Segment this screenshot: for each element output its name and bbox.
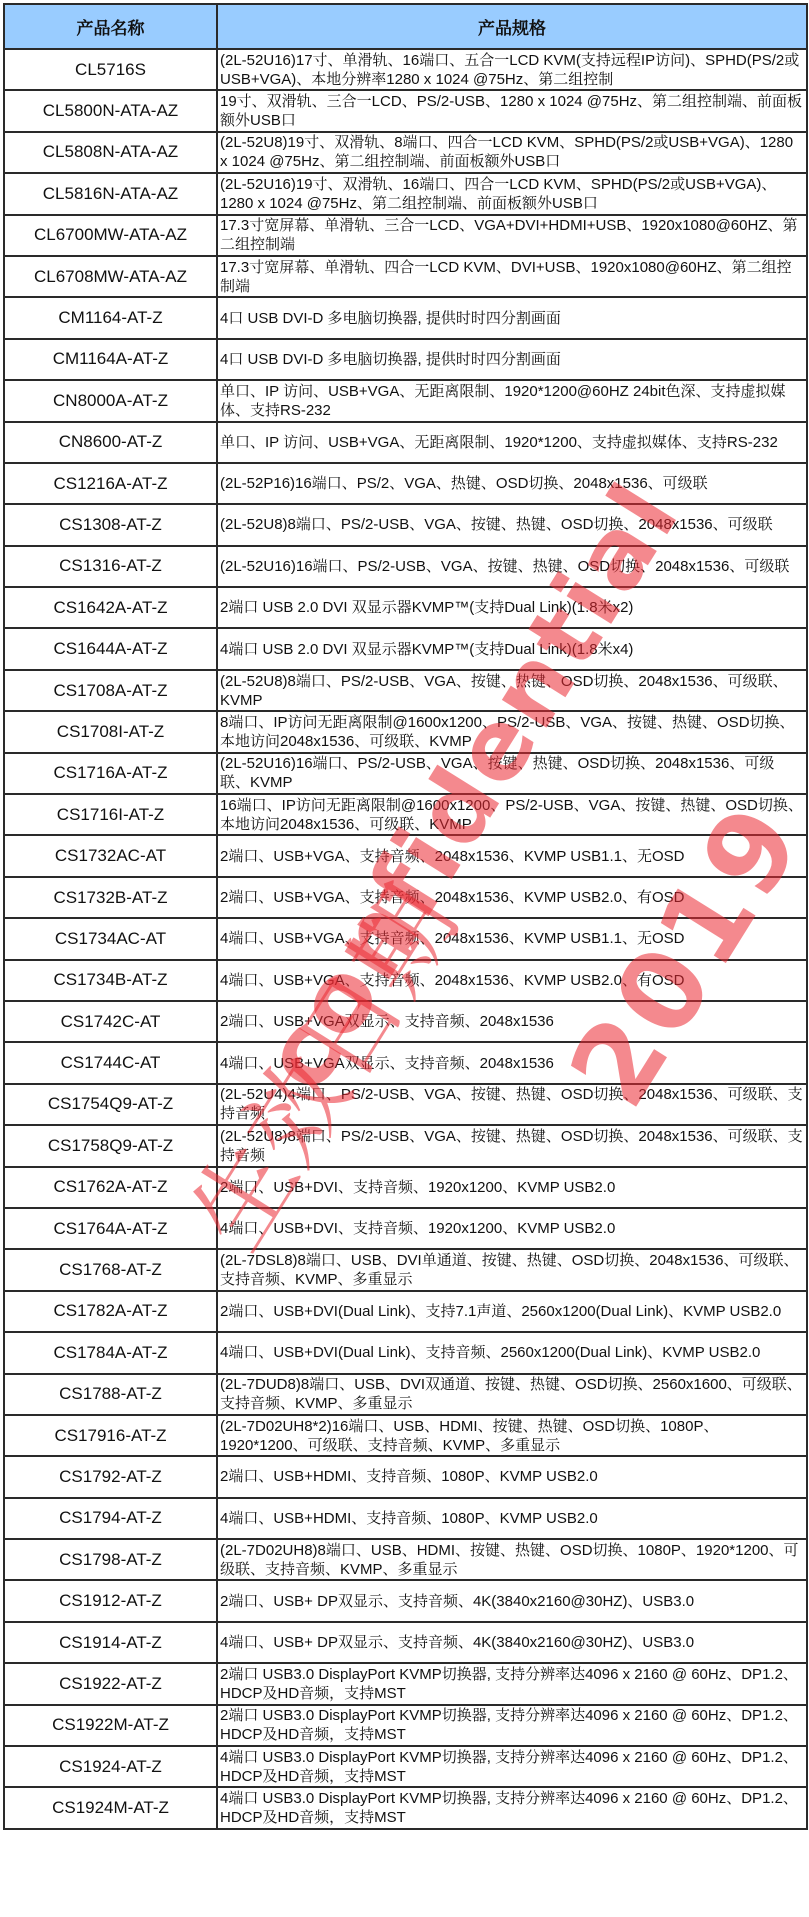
product-name-cell: CS1642A-AT-Z: [4, 587, 217, 628]
product-spec-cell: 4口 USB DVI-D 多电脑切换器, 提供时时四分割画面: [217, 297, 807, 338]
product-name-cell: CL6700MW-ATA-AZ: [4, 215, 217, 256]
table-row: CS1216A-AT-Z(2L-52P16)16端口、PS/2、VGA、热键、O…: [4, 463, 807, 504]
product-name-cell: CS1732AC-AT: [4, 835, 217, 876]
product-spec-cell: (2L-52U8)8端口、PS/2-USB、VGA、按键、热键、OSD切换、20…: [217, 504, 807, 545]
product-name-cell: CL5816N-ATA-AZ: [4, 173, 217, 214]
product-name-cell: CS1784A-AT-Z: [4, 1332, 217, 1373]
product-spec-table: 产品名称 产品规格 CL5716S(2L-52U16)17寸、单滑轨、16端口、…: [3, 3, 808, 1830]
table-row: CS1924-AT-Z4端口 USB3.0 DisplayPort KVMP切换…: [4, 1746, 807, 1787]
table-row: CS1732AC-AT2端口、USB+VGA、支持音频、2048x1536、KV…: [4, 835, 807, 876]
product-spec-cell: (2L-52U8)8端口、PS/2-USB、VGA、按键、热键、OSD切换、20…: [217, 670, 807, 711]
table-row: CS1912-AT-Z2端口、USB+ DP双显示、支持音频、4K(3840x2…: [4, 1580, 807, 1621]
product-spec-cell: 19寸、双滑轨、三合一LCD、PS/2-USB、1280 x 1024 @75H…: [217, 90, 807, 131]
product-spec-cell: 单口、IP 访问、USB+VGA、无距离限制、1920*1200@60HZ 24…: [217, 380, 807, 421]
product-spec-cell: 8端口、IP访问无距离限制@1600x1200、PS/2-USB、VGA、按键、…: [217, 711, 807, 752]
product-name-cell: CL5716S: [4, 49, 217, 90]
product-name-cell: CS1912-AT-Z: [4, 1580, 217, 1621]
product-name-cell: CS1708I-AT-Z: [4, 711, 217, 752]
table-row: CM1164-AT-Z4口 USB DVI-D 多电脑切换器, 提供时时四分割画…: [4, 297, 807, 338]
table-row: CS1754Q9-AT-Z(2L-52U4)4端口、PS/2-USB、VGA、按…: [4, 1084, 807, 1125]
product-name-cell: CS1758Q9-AT-Z: [4, 1125, 217, 1166]
table-row: CL5716S(2L-52U16)17寸、单滑轨、16端口、五合一LCD KVM…: [4, 49, 807, 90]
product-spec-cell: 2端口、USB+VGA、支持音频、2048x1536、KVMP USB2.0、有…: [217, 877, 807, 918]
table-row: CL5808N-ATA-AZ(2L-52U8)19寸、双滑轨、8端口、四合一LC…: [4, 132, 807, 173]
product-name-cell: CS1316-AT-Z: [4, 546, 217, 587]
table-row: CS1924M-AT-Z4端口 USB3.0 DisplayPort KVMP切…: [4, 1787, 807, 1828]
table-row: CS1708I-AT-Z8端口、IP访问无距离限制@1600x1200、PS/2…: [4, 711, 807, 752]
product-spec-cell: (2L-7D02UH8*2)16端口、USB、HDMI、按键、热键、OSD切换、…: [217, 1415, 807, 1456]
product-spec-cell: 4端口、USB+VGA双显示、支持音频、2048x1536: [217, 1042, 807, 1083]
product-spec-cell: (2L-52U16)17寸、单滑轨、16端口、五合一LCD KVM(支持远程IP…: [217, 49, 807, 90]
table-row: CS1708A-AT-Z(2L-52U8)8端口、PS/2-USB、VGA、按键…: [4, 670, 807, 711]
product-name-cell: CS1764A-AT-Z: [4, 1208, 217, 1249]
table-row: CN8000A-AT-Z单口、IP 访问、USB+VGA、无距离限制、1920*…: [4, 380, 807, 421]
column-header-product-name: 产品名称: [4, 4, 217, 49]
product-spec-cell: 2端口、USB+DVI、支持音频、1920x1200、KVMP USB2.0: [217, 1167, 807, 1208]
table-row: CS1768-AT-Z(2L-7DSL8)8端口、USB、DVI单通道、按键、热…: [4, 1249, 807, 1290]
table-row: CS1644A-AT-Z4端口 USB 2.0 DVI 双显示器KVMP™(支持…: [4, 628, 807, 669]
table-row: CS1922-AT-Z2端口 USB3.0 DisplayPort KVMP切换…: [4, 1663, 807, 1704]
product-spec-cell: 4端口、USB+DVI(Dual Link)、支持音频、2560x1200(Du…: [217, 1332, 807, 1373]
product-spec-cell: 16端口、IP访问无距离限制@1600x1200、PS/2-USB、VGA、按键…: [217, 794, 807, 835]
product-spec-cell: 2端口 USB 2.0 DVI 双显示器KVMP™(支持Dual Link)(1…: [217, 587, 807, 628]
product-spec-cell: 2端口、USB+VGA双显示、支持音频、2048x1536: [217, 1001, 807, 1042]
product-spec-cell: (2L-52U8)8端口、PS/2-USB、VGA、按键、热键、OSD切换、20…: [217, 1125, 807, 1166]
product-name-cell: CS1762A-AT-Z: [4, 1167, 217, 1208]
product-spec-cell: 4端口 USB 2.0 DVI 双显示器KVMP™(支持Dual Link)(1…: [217, 628, 807, 669]
table-row: CS1914-AT-Z4端口、USB+ DP双显示、支持音频、4K(3840x2…: [4, 1622, 807, 1663]
table-row: CS1782A-AT-Z2端口、USB+DVI(Dual Link)、支持7.1…: [4, 1291, 807, 1332]
product-name-cell: CL5800N-ATA-AZ: [4, 90, 217, 131]
product-name-cell: CS1734B-AT-Z: [4, 960, 217, 1001]
product-spec-cell: 2端口 USB3.0 DisplayPort KVMP切换器, 支持分辨率达40…: [217, 1663, 807, 1704]
table-row: CS1716A-AT-Z(2L-52U16)16端口、PS/2-USB、VGA、…: [4, 753, 807, 794]
table-row: CS1734B-AT-Z4端口、USB+VGA、支持音频、2048x1536、K…: [4, 960, 807, 1001]
product-spec-cell: 2端口、USB+ DP双显示、支持音频、4K(3840x2160@30HZ)、U…: [217, 1580, 807, 1621]
table-row: CS1922M-AT-Z2端口 USB3.0 DisplayPort KVMP切…: [4, 1705, 807, 1746]
table-row: CS1308-AT-Z(2L-52U8)8端口、PS/2-USB、VGA、按键、…: [4, 504, 807, 545]
product-spec-cell: 4端口、USB+HDMI、支持音频、1080P、KVMP USB2.0: [217, 1498, 807, 1539]
product-name-cell: CS1922M-AT-Z: [4, 1705, 217, 1746]
product-spec-cell: 2端口、USB+HDMI、支持音频、1080P、KVMP USB2.0: [217, 1456, 807, 1497]
table-row: CS1716I-AT-Z16端口、IP访问无距离限制@1600x1200、PS/…: [4, 794, 807, 835]
table-row: CS1762A-AT-Z2端口、USB+DVI、支持音频、1920x1200、K…: [4, 1167, 807, 1208]
product-name-cell: CS1716I-AT-Z: [4, 794, 217, 835]
product-spec-cell: (2L-52U16)19寸、双滑轨、16端口、四合一LCD KVM、SPHD(P…: [217, 173, 807, 214]
table-row: CL5816N-ATA-AZ(2L-52U16)19寸、双滑轨、16端口、四合一…: [4, 173, 807, 214]
product-name-cell: CS1708A-AT-Z: [4, 670, 217, 711]
table-row: CS1764A-AT-Z4端口、USB+DVI、支持音频、1920x1200、K…: [4, 1208, 807, 1249]
product-name-cell: CS1924M-AT-Z: [4, 1787, 217, 1828]
product-name-cell: CN8600-AT-Z: [4, 422, 217, 463]
product-name-cell: CL6708MW-ATA-AZ: [4, 256, 217, 297]
product-name-cell: CS1798-AT-Z: [4, 1539, 217, 1580]
table-row: CM1164A-AT-Z4口 USB DVI-D 多电脑切换器, 提供时时四分割…: [4, 339, 807, 380]
product-name-cell: CS1742C-AT: [4, 1001, 217, 1042]
table-row: CS1742C-AT2端口、USB+VGA双显示、支持音频、2048x1536: [4, 1001, 807, 1042]
product-spec-cell: (2L-52U16)16端口、PS/2-USB、VGA、按键、热键、OSD切换、…: [217, 546, 807, 587]
product-name-cell: CL5808N-ATA-AZ: [4, 132, 217, 173]
product-spec-cell: (2L-52P16)16端口、PS/2、VGA、热键、OSD切换、2048x15…: [217, 463, 807, 504]
product-name-cell: CS1734AC-AT: [4, 918, 217, 959]
product-spec-table-container: 产品名称 产品规格 CL5716S(2L-52U16)17寸、单滑轨、16端口、…: [3, 3, 806, 1830]
table-body: CL5716S(2L-52U16)17寸、单滑轨、16端口、五合一LCD KVM…: [4, 49, 807, 1829]
table-row: CS1784A-AT-Z4端口、USB+DVI(Dual Link)、支持音频、…: [4, 1332, 807, 1373]
table-row: CL6708MW-ATA-AZ17.3寸宽屏幕、单滑轨、四合一LCD KVM、D…: [4, 256, 807, 297]
product-name-cell: CS1782A-AT-Z: [4, 1291, 217, 1332]
product-spec-cell: 4端口、USB+ DP双显示、支持音频、4K(3840x2160@30HZ)、U…: [217, 1622, 807, 1663]
product-name-cell: CS1732B-AT-Z: [4, 877, 217, 918]
product-spec-cell: 4口 USB DVI-D 多电脑切换器, 提供时时四分割画面: [217, 339, 807, 380]
product-name-cell: CS1716A-AT-Z: [4, 753, 217, 794]
product-name-cell: CS1792-AT-Z: [4, 1456, 217, 1497]
table-row: CS1642A-AT-Z2端口 USB 2.0 DVI 双显示器KVMP™(支持…: [4, 587, 807, 628]
product-name-cell: CS1216A-AT-Z: [4, 463, 217, 504]
product-spec-cell: 17.3寸宽屏幕、单滑轨、三合一LCD、VGA+DVI+HDMI+USB、192…: [217, 215, 807, 256]
product-name-cell: CS1768-AT-Z: [4, 1249, 217, 1290]
product-name-cell: CS1308-AT-Z: [4, 504, 217, 545]
table-row: CL6700MW-ATA-AZ17.3寸宽屏幕、单滑轨、三合一LCD、VGA+D…: [4, 215, 807, 256]
table-row: CS1792-AT-Z2端口、USB+HDMI、支持音频、1080P、KVMP …: [4, 1456, 807, 1497]
product-spec-cell: 4端口 USB3.0 DisplayPort KVMP切换器, 支持分辨率达40…: [217, 1787, 807, 1828]
product-spec-cell: 4端口、USB+VGA、支持音频、2048x1536、KVMP USB1.1、无…: [217, 918, 807, 959]
product-name-cell: CS1914-AT-Z: [4, 1622, 217, 1663]
product-spec-cell: (2L-7DUD8)8端口、USB、DVI双通道、按键、热键、OSD切换、256…: [217, 1374, 807, 1415]
product-spec-cell: 2端口、USB+DVI(Dual Link)、支持7.1声道、2560x1200…: [217, 1291, 807, 1332]
product-name-cell: CS17916-AT-Z: [4, 1415, 217, 1456]
table-row: CS1798-AT-Z(2L-7D02UH8)8端口、USB、HDMI、按键、热…: [4, 1539, 807, 1580]
product-spec-cell: 2端口、USB+VGA、支持音频、2048x1536、KVMP USB1.1、无…: [217, 835, 807, 876]
table-row: CS1316-AT-Z(2L-52U16)16端口、PS/2-USB、VGA、按…: [4, 546, 807, 587]
product-spec-cell: 4端口 USB3.0 DisplayPort KVMP切换器, 支持分辨率达40…: [217, 1746, 807, 1787]
table-row: CL5800N-ATA-AZ19寸、双滑轨、三合一LCD、PS/2-USB、12…: [4, 90, 807, 131]
table-row: CS1788-AT-Z(2L-7DUD8)8端口、USB、DVI双通道、按键、热…: [4, 1374, 807, 1415]
product-name-cell: CS1924-AT-Z: [4, 1746, 217, 1787]
product-spec-cell: 单口、IP 访问、USB+VGA、无距离限制、1920*1200、支持虚拟媒体、…: [217, 422, 807, 463]
product-spec-cell: 4端口、USB+DVI、支持音频、1920x1200、KVMP USB2.0: [217, 1208, 807, 1249]
product-name-cell: CS1744C-AT: [4, 1042, 217, 1083]
product-name-cell: CS1644A-AT-Z: [4, 628, 217, 669]
table-row: CS1758Q9-AT-Z(2L-52U8)8端口、PS/2-USB、VGA、按…: [4, 1125, 807, 1166]
table-row: CN8600-AT-Z单口、IP 访问、USB+VGA、无距离限制、1920*1…: [4, 422, 807, 463]
table-row: CS1744C-AT4端口、USB+VGA双显示、支持音频、2048x1536: [4, 1042, 807, 1083]
product-spec-cell: (2L-52U4)4端口、PS/2-USB、VGA、按键、热键、OSD切换、20…: [217, 1084, 807, 1125]
product-spec-cell: 17.3寸宽屏幕、单滑轨、四合一LCD KVM、DVI+USB、1920x108…: [217, 256, 807, 297]
product-name-cell: CS1754Q9-AT-Z: [4, 1084, 217, 1125]
product-spec-cell: 2端口 USB3.0 DisplayPort KVMP切换器, 支持分辨率达40…: [217, 1705, 807, 1746]
product-spec-cell: (2L-52U8)19寸、双滑轨、8端口、四合一LCD KVM、SPHD(PS/…: [217, 132, 807, 173]
product-name-cell: CM1164-AT-Z: [4, 297, 217, 338]
product-name-cell: CM1164A-AT-Z: [4, 339, 217, 380]
table-row: CS17916-AT-Z(2L-7D02UH8*2)16端口、USB、HDMI、…: [4, 1415, 807, 1456]
column-header-product-spec: 产品规格: [217, 4, 807, 49]
product-spec-cell: (2L-7DSL8)8端口、USB、DVI单通道、按键、热键、OSD切换、204…: [217, 1249, 807, 1290]
product-spec-cell: (2L-52U16)16端口、PS/2-USB、VGA、按键、热键、OSD切换、…: [217, 753, 807, 794]
product-spec-cell: (2L-7D02UH8)8端口、USB、HDMI、按键、热键、OSD切换、108…: [217, 1539, 807, 1580]
table-row: CS1794-AT-Z4端口、USB+HDMI、支持音频、1080P、KVMP …: [4, 1498, 807, 1539]
product-name-cell: CS1922-AT-Z: [4, 1663, 217, 1704]
table-row: CS1734AC-AT4端口、USB+VGA、支持音频、2048x1536、KV…: [4, 918, 807, 959]
product-spec-cell: 4端口、USB+VGA、支持音频、2048x1536、KVMP USB2.0、有…: [217, 960, 807, 1001]
table-row: CS1732B-AT-Z2端口、USB+VGA、支持音频、2048x1536、K…: [4, 877, 807, 918]
product-name-cell: CS1794-AT-Z: [4, 1498, 217, 1539]
product-name-cell: CS1788-AT-Z: [4, 1374, 217, 1415]
table-header-row: 产品名称 产品规格: [4, 4, 807, 49]
product-name-cell: CN8000A-AT-Z: [4, 380, 217, 421]
